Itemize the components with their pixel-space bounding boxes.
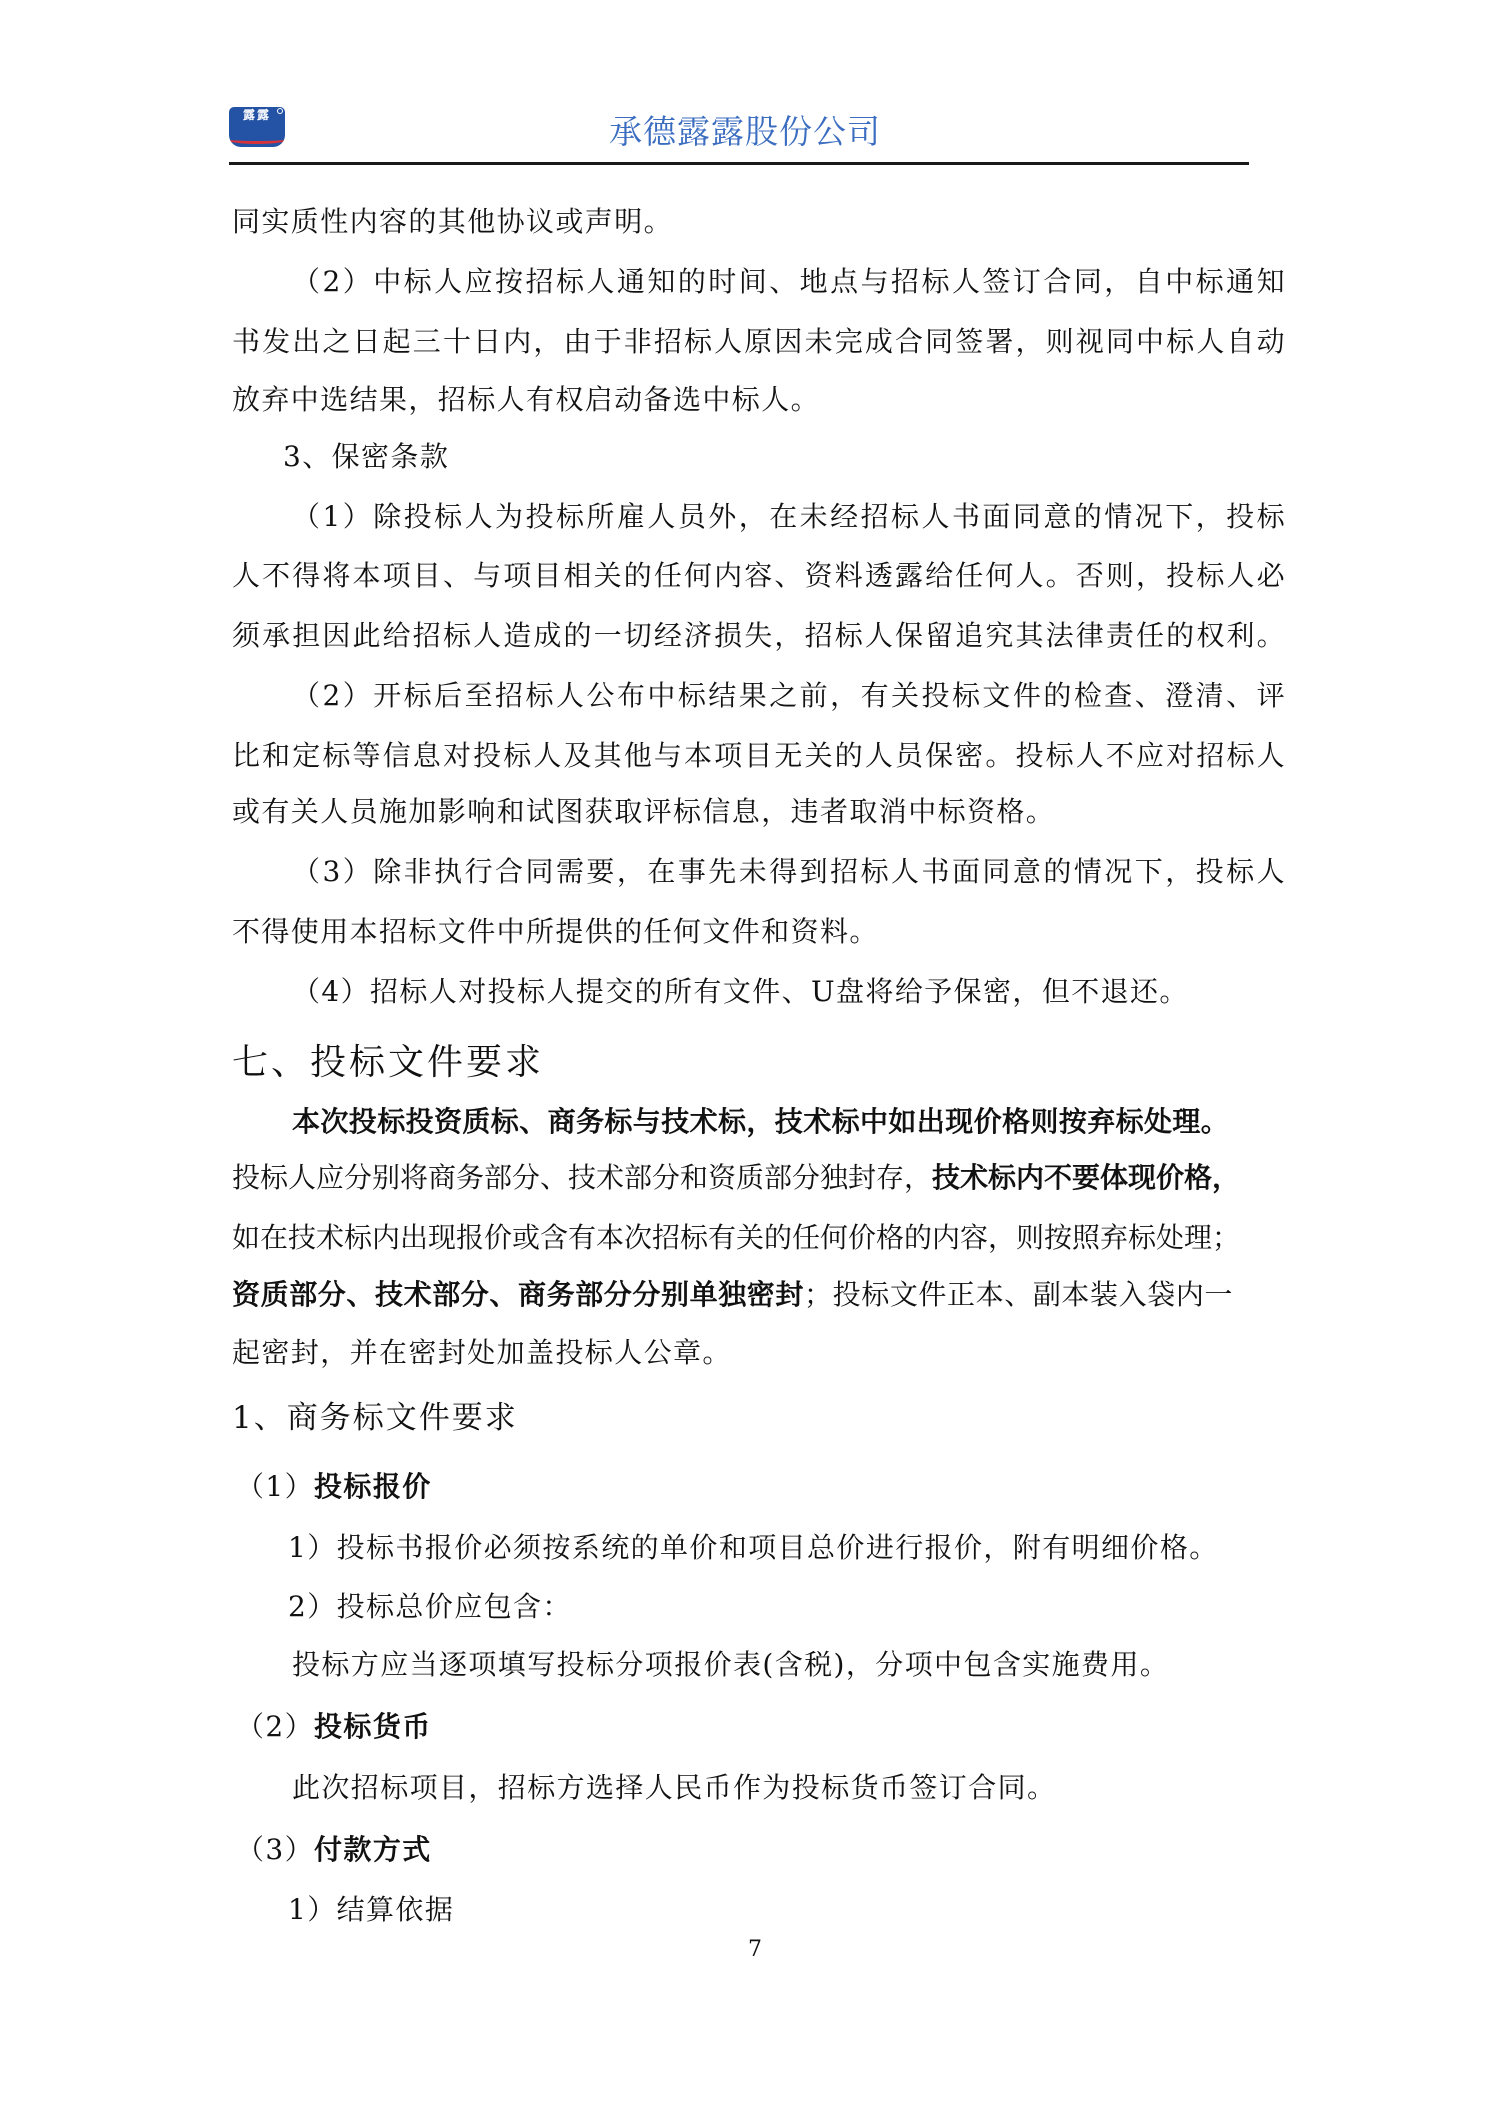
list-item-detail: 投标方应当逐项填写投标分项报价表(含税)，分项中包含实施费用。 — [292, 1648, 1169, 1682]
paragraph-line: 书发出之日起三十日内，由于非招标人原因未完成合同签署，则视同中标人自动 — [232, 325, 1286, 359]
header-divider — [229, 162, 1249, 165]
item-number: （2） — [236, 1710, 314, 1743]
item-heading: （1）投标报价 — [236, 1470, 432, 1504]
company-name: 承德露露股份公司 — [580, 112, 910, 152]
subsection-title: 3、保密条款 — [283, 440, 449, 474]
list-item: 1）投标书报价必须按系统的单价和项目总价进行报价，附有明细价格。 — [288, 1531, 1219, 1565]
item-title: 付款方式 — [314, 1833, 432, 1866]
paragraph-text: 投标人应分别将商务部分、技术部分和资质部分独封存， — [232, 1161, 932, 1194]
paragraph-line: 投标人应分别将商务部分、技术部分和资质部分独封存，技术标内不要体现价格， — [232, 1161, 1240, 1195]
paragraph-line: （2）中标人应按招标人通知的时间、地点与招标人签订合同，自中标通知 — [232, 265, 1286, 299]
item-title: 投标货币 — [314, 1710, 432, 1743]
page-number: 7 — [740, 1936, 770, 1964]
section-heading: 七、投标文件要求 — [232, 1041, 544, 1085]
company-logo: 露露 — [229, 107, 285, 147]
registered-mark-icon — [277, 108, 283, 114]
paragraph-line: 比和定标等信息对投标人及其他与本项目无关的人员保密。投标人不应对招标人 — [232, 739, 1286, 773]
item-heading: （2）投标货币 — [236, 1710, 432, 1744]
item-heading: （3）付款方式 — [236, 1833, 432, 1867]
paragraph-line: （3）除非执行合同需要，在事先未得到招标人书面同意的情况下，投标人 — [232, 855, 1286, 889]
paragraph-text: ；投标文件正本、副本装入袋内一 — [804, 1278, 1233, 1311]
paragraph-line: 此次招标项目，招标方选择人民币作为投标货币签订合同。 — [292, 1771, 1056, 1805]
paragraph-line: （4）招标人对投标人提交的所有文件、U盘将给予保密，但不退还。 — [292, 975, 1189, 1009]
list-item: 1）结算依据 — [288, 1893, 454, 1927]
bold-notice: 本次投标投资质标、商务标与技术标，技术标中如出现价格则按弃标处理。 — [292, 1105, 1229, 1139]
logo-wave-icon — [229, 134, 285, 144]
item-title: 投标报价 — [314, 1470, 432, 1503]
item-number: （3） — [236, 1833, 314, 1866]
paragraph-line: 资质部分、技术部分、商务部分分别单独密封；投标文件正本、副本装入袋内一 — [232, 1278, 1233, 1312]
paragraph-line: 放弃中选结果，招标人有权启动备选中标人。 — [232, 383, 820, 417]
paragraph-line: 起密封，并在密封处加盖投标人公章。 — [232, 1336, 732, 1370]
paragraph-line: 或有关人员施加影响和试图获取评标信息，违者取消中标资格。 — [232, 795, 1055, 829]
paragraph-line: 须承担因此给招标人造成的一切经济损失，招标人保留追究其法律责任的权利。 — [232, 619, 1286, 653]
item-number: （1） — [236, 1470, 314, 1503]
paragraph-line: （2）开标后至招标人公布中标结果之前，有关投标文件的检查、澄清、评 — [232, 679, 1286, 713]
paragraph-line: 人不得将本项目、与项目相关的任何内容、资料透露给任何人。否则，投标人必 — [232, 559, 1286, 593]
paragraph-line: 不得使用本招标文件中所提供的任何文件和资料。 — [232, 915, 879, 949]
paragraph-line: （1）除投标人为投标所雇人员外，在未经招标人书面同意的情况下，投标 — [232, 500, 1286, 534]
bold-notice: 资质部分、技术部分、商务部分分别单独密封 — [232, 1278, 804, 1311]
bold-notice: 技术标内不要体现价格， — [932, 1161, 1240, 1194]
paragraph-line: 同实质性内容的其他协议或声明。 — [232, 205, 673, 239]
paragraph-line: 如在技术标内出现报价或含有本次招标有关的任何价格的内容，则按照弃标处理； — [232, 1221, 1240, 1255]
logo-glyphs: 露露 — [232, 109, 282, 121]
list-item: 2）投标总价应包含： — [288, 1590, 572, 1624]
subsection-heading: 1、商务标文件要求 — [232, 1398, 518, 1438]
